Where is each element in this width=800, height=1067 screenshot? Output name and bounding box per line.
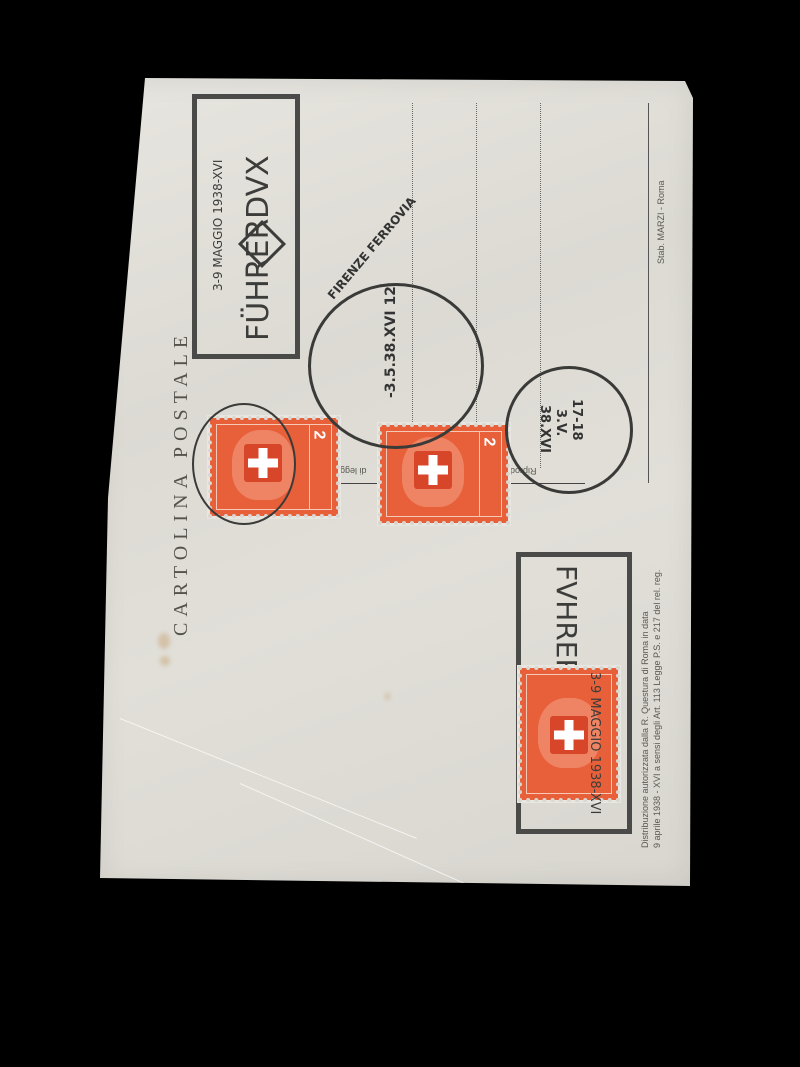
crease [120,718,417,839]
slogan-cancel-top: FÜHRER DVX 3-9 MAGGIO 1938-XVI [192,94,300,359]
slogan-date: 3-9 MAGGIO 1938-XVI [211,160,225,291]
postmark-day: 3.V. [553,409,568,436]
postmark-firenze: -3.5.38.XVI 12 [308,283,484,449]
postmark-date: -3.5.38.XVI 12 [383,286,399,398]
stain [385,693,390,700]
printer-rule [648,103,649,483]
stamp-bottom: 3-9 MAGGIO 1938-XVI [520,668,618,800]
authorization-line-1: Distribuzione autorizzata dalla R. Quest… [640,611,650,848]
stamp-overprint-date: 3-9 MAGGIO 1938-XVI [587,672,602,814]
postmark-year: 38.XVI [537,405,552,453]
postmark-time: 17-18 [569,399,584,441]
authorization-line-2: 9 aprile 1938 - XVI a sensi degli Art. 1… [652,570,662,848]
address-line [476,103,477,468]
postcard: CARTOLINA POSTALE Stab. MARZI - Roma di … [100,78,693,886]
slogan-left-word: FVHRER [550,565,583,678]
crease [240,783,478,890]
stamp-value: 2 [309,431,327,440]
card-title: CARTOLINA POSTALE [170,330,193,636]
stamp-value: 2 [479,438,497,447]
postmark-left [192,403,296,525]
stain [158,633,170,649]
printer-credit: Stab. MARZI - Roma [656,180,666,264]
slogan-right-word: DVX [241,155,276,219]
postmark-roma: 17-18 3.V. 38.XVI [505,366,633,494]
address-hint: di legg [340,466,367,476]
stain [160,656,170,666]
